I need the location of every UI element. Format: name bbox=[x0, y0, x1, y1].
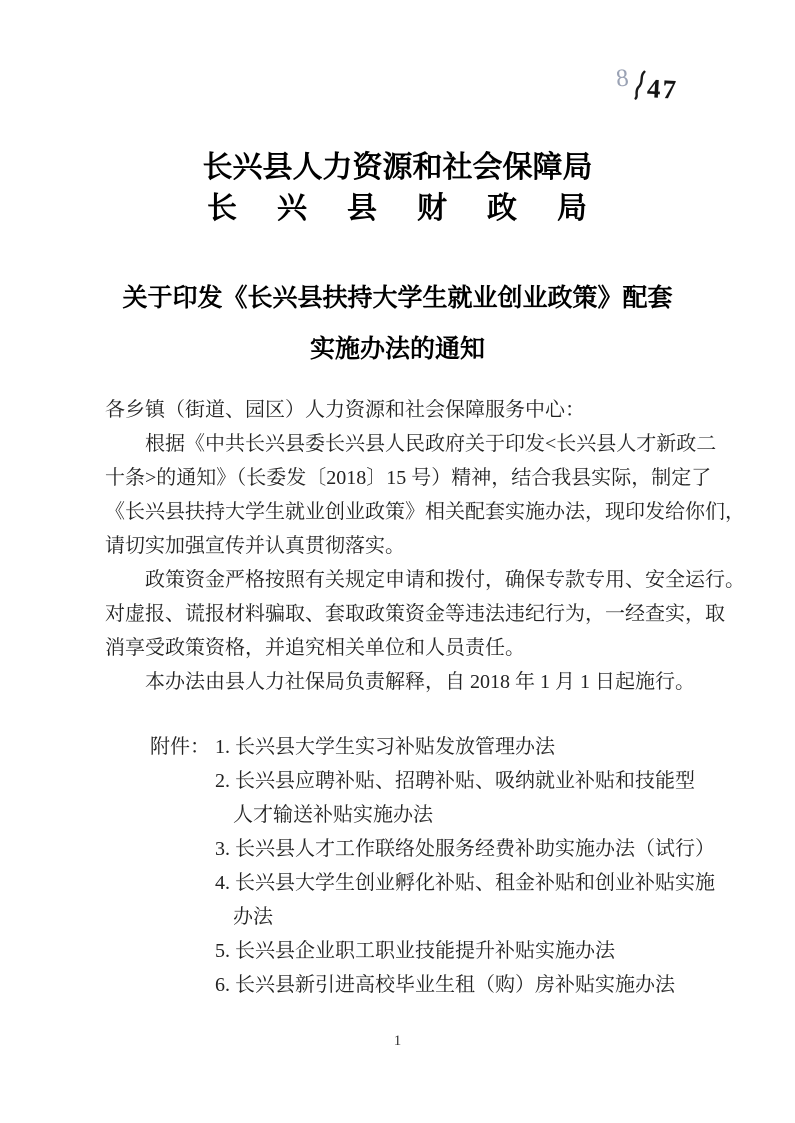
agency2-char: 兴 bbox=[277, 189, 307, 229]
page-number: 1 bbox=[0, 1033, 795, 1050]
body-line: 本办法由县人力社保局负责解释，自 2018 年 1 月 1 日起施行。 bbox=[105, 665, 765, 699]
attachment-item: 3. 长兴县人才工作联络处服务经费补助实施办法（试行） bbox=[150, 832, 750, 866]
attachment-item-text: 1. 长兴县大学生实习补贴发放管理办法 bbox=[215, 730, 555, 764]
attachment-item: 6. 长兴县新引进高校毕业生租（购）房补贴实施办法 bbox=[150, 968, 750, 1002]
document-page: 8 47 长兴县人力资源和社会保障局 长 兴 县 财 政 局 关于印发《长兴县扶… bbox=[0, 0, 795, 1123]
body-line: 消享受政策资格，并追究相关单位和人员责任。 bbox=[105, 631, 765, 665]
attachments-label: 附件： bbox=[150, 730, 215, 764]
attachment-item: 2. 长兴县应聘补贴、招聘补贴、吸纳就业补贴和技能型 bbox=[150, 764, 750, 798]
agency-name-line1: 长兴县人力资源和社会保障局 bbox=[0, 148, 795, 188]
handwritten-number-dark: 47 bbox=[646, 75, 678, 104]
attachments-list: 附件： 1. 长兴县大学生实习补贴发放管理办法 2. 长兴县应聘补贴、招聘补贴、… bbox=[150, 730, 750, 1002]
agency2-char: 长 bbox=[207, 189, 237, 229]
agency2-char: 局 bbox=[557, 189, 587, 229]
body-line: 十条>的通知》（长委发〔2018〕15 号）精神，结合我县实际，制定了 bbox=[105, 461, 765, 495]
agency2-char: 财 bbox=[417, 189, 447, 229]
attachment-item: 附件： 1. 长兴县大学生实习补贴发放管理办法 bbox=[150, 730, 750, 764]
attachment-item: 4. 长兴县大学生创业孵化补贴、租金补贴和创业补贴实施 bbox=[150, 866, 750, 900]
agency2-char: 县 bbox=[347, 189, 377, 229]
attachment-item: 5. 长兴县企业职工职业技能提升补贴实施办法 bbox=[150, 934, 750, 968]
attachment-item-continuation: 人才输送补贴实施办法 bbox=[150, 798, 750, 832]
body-line: 请切实加强宣传并认真贯彻落实。 bbox=[105, 529, 765, 563]
agency-name-line2: 长 兴 县 财 政 局 bbox=[207, 189, 587, 229]
document-title-line1: 关于印发《长兴县扶持大学生就业创业政策》配套 bbox=[0, 282, 795, 316]
body-line: 根据《中共长兴县委长兴县人民政府关于印发<长兴县人才新政二 bbox=[105, 427, 765, 461]
salutation-line: 各乡镇（街道、园区）人力资源和社会保障服务中心： bbox=[105, 393, 765, 427]
handwritten-annotation: 8 47 bbox=[616, 66, 678, 107]
agency2-char: 政 bbox=[487, 189, 517, 229]
body-line: 《长兴县扶持大学生就业创业政策》相关配套实施办法，现印发给你们， bbox=[105, 495, 765, 529]
body-line: 对虚报、谎报材料骗取、套取政策资金等违法违纪行为，一经查实，取 bbox=[105, 597, 765, 631]
document-body: 各乡镇（街道、园区）人力资源和社会保障服务中心： 根据《中共长兴县委长兴县人民政… bbox=[105, 393, 765, 699]
body-line: 政策资金严格按照有关规定申请和拨付，确保专款专用、安全运行。 bbox=[105, 563, 765, 597]
attachment-item-continuation: 办法 bbox=[150, 900, 750, 934]
document-title-line2: 实施办法的通知 bbox=[0, 333, 795, 367]
handwritten-number-light: 8 bbox=[615, 65, 630, 91]
